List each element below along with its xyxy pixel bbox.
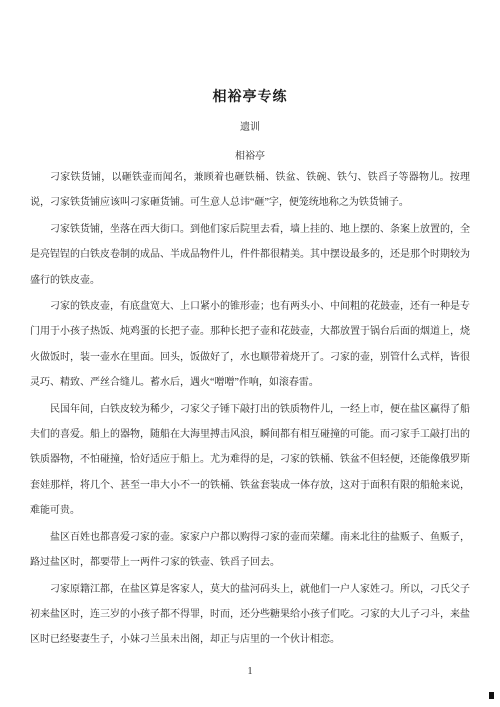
corner-artifact-mark [489,692,494,699]
article-author: 相裕亭 [0,151,500,163]
article-paragraph: 刁家铁货铺，坐落在西大街口。到他们家后院里去看，墙上挂的、地上摆的、条案上放置的… [30,217,470,293]
article-paragraph: 民国年间，白铁皮较为稀少，刁家父子锤下敲打出的铁质物件儿，一经上市，便在盐区赢得… [30,397,470,524]
article-body: 刁家铁货铺，以砸铁壶而闻名，兼顾着也砸铁桶、铁盆、铁碗、铁勺、铁舀子等器物儿。按… [30,165,470,653]
article-paragraph: 刁家铁货铺，以砸铁壶而闻名，兼顾着也砸铁桶、铁盆、铁碗、铁勺、铁舀子等器物儿。按… [30,165,470,216]
article-paragraph: 盐区百姓也都喜爱刁家的壶。家家户户都以购得刁家的壶而荣耀。南来北往的盐贩子、鱼贩… [30,525,470,576]
article-paragraph: 刁家的铁皮壶，有底盘宽大、上口紧小的锥形壶；也有两头小、中间粗的花鼓壶，还有一种… [30,294,470,396]
article-subtitle: 遗训 [0,122,500,134]
document-page: 相裕亭专练 遗训 相裕亭 刁家铁货铺，以砸铁壶而闻名，兼顾着也砸铁桶、铁盆、铁碗… [0,0,500,707]
article-paragraph: 刁家原籍江都，在盐区算是客家人，莫大的盐河码头上，就他们一户人家姓刁。所以，刁氏… [30,577,470,653]
page-number: 1 [0,666,500,678]
page-title: 相裕亭专练 [0,0,500,106]
